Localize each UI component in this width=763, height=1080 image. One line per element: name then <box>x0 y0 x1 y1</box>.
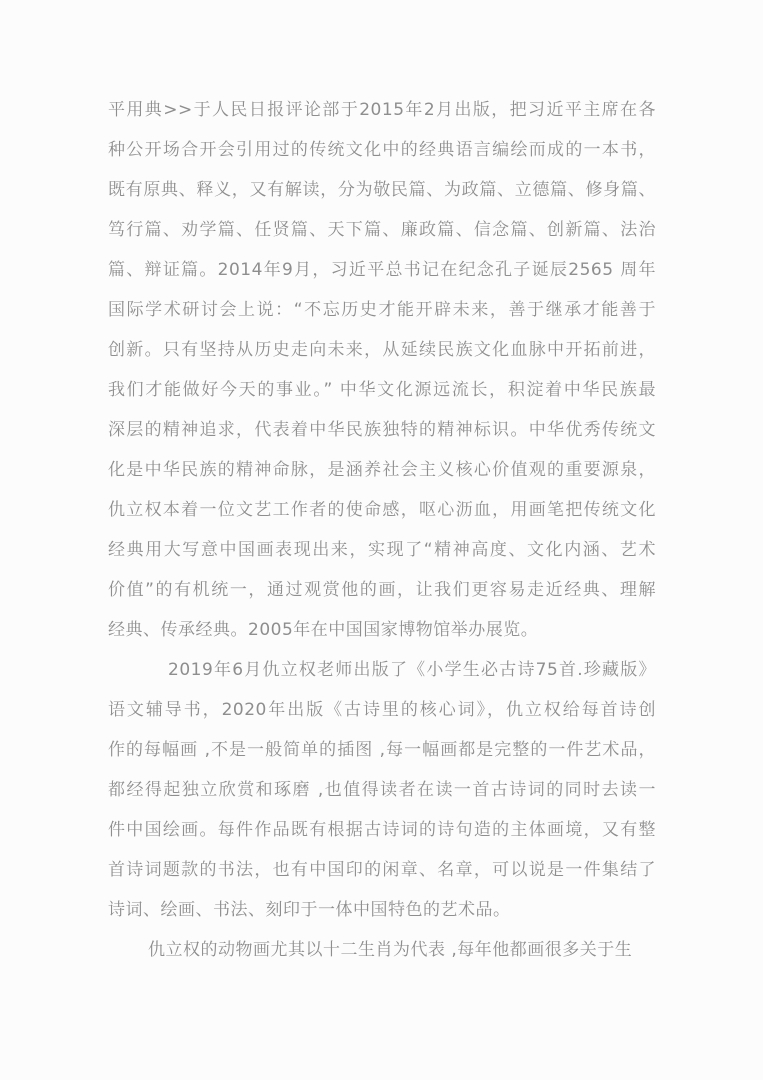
text-line: 经典、传承经典。2005年在中国国家博物馆举办展览。 <box>108 610 656 650</box>
text-line: 我们才能做好今天的事业。” 中华文化源远流长，积淀着中华民族最 <box>108 370 656 410</box>
text-line: 平用典>>于人民日报评论部于2015年2月出版，把习近平主席在各 <box>108 90 656 130</box>
text-line: 仇立权本着一位文艺工作者的使命感，呕心沥血，用画笔把传统文化 <box>108 490 656 530</box>
text-line: 种公开场合开会引用过的传统文化中的经典语言编绘而成的一本书， <box>108 130 656 170</box>
text-line: 笃行篇、劝学篇、任贤篇、天下篇、廉政篇、信念篇、创新篇、法治 <box>108 210 656 250</box>
text-line: 诗词、绘画、书法、刻印于一体中国特色的艺术品。 <box>108 890 656 930</box>
text-line: 篇、辩证篇。2014年9月，习近平总书记在纪念孔子诞辰2565 周年 <box>108 250 656 290</box>
text-line: 化是中华民族的精神命脉，是涵养社会主义核心价值观的重要源泉， <box>108 450 656 490</box>
text-line: 既有原典、释义，又有解读，分为敬民篇、为政篇、立德篇、修身篇、 <box>108 170 656 210</box>
text-line: 作的每幅画 ,不是一般简单的插图 ,每一幅画都是完整的一件艺术品， <box>108 730 656 770</box>
text-line: 都经得起独立欣赏和琢磨 ,也值得读者在读一首古诗词的同时去读一 <box>108 770 656 810</box>
text-line: 件中国绘画。每件作品既有根据古诗词的诗句造的主体画境，又有整 <box>108 810 656 850</box>
text-line: 价值”的有机统一，通过观赏他的画，让我们更容易走近经典、理解 <box>108 570 656 610</box>
text-line: 经典用大写意中国画表现出来，实现了“精神高度、文化内涵、艺术 <box>108 530 656 570</box>
text-line: 创新。只有坚持从历史走向未来，从延续民族文化血脉中开拓前进， <box>108 330 656 370</box>
text-line: 语文辅导书，2020年出版《古诗里的核心词》，仇立权给每首诗创 <box>108 690 656 730</box>
document-page: 平用典>>于人民日报评论部于2015年2月出版，把习近平主席在各 种公开场合开会… <box>108 90 656 970</box>
paragraph-2: 2019年6月仇立权老师出版了《小学生必古诗75首.珍藏版》 语文辅导书，202… <box>108 650 656 930</box>
paragraph-1: 平用典>>于人民日报评论部于2015年2月出版，把习近平主席在各 种公开场合开会… <box>108 90 656 650</box>
text-line: 深层的精神追求，代表着中华民族独特的精神标识。中华优秀传统文 <box>108 410 656 450</box>
text-line: 仇立权的动物画尤其以十二生肖为代表 ,每年他都画很多关于生 <box>108 930 656 970</box>
text-line: 首诗词题款的书法，也有中国印的闲章、名章，可以说是一件集结了 <box>108 850 656 890</box>
paragraph-3: 仇立权的动物画尤其以十二生肖为代表 ,每年他都画很多关于生 <box>108 930 656 970</box>
text-line: 2019年6月仇立权老师出版了《小学生必古诗75首.珍藏版》 <box>108 650 656 690</box>
text-line: 国际学术研讨会上说：“不忘历史才能开辟未来，善于继承才能善于 <box>108 290 656 330</box>
